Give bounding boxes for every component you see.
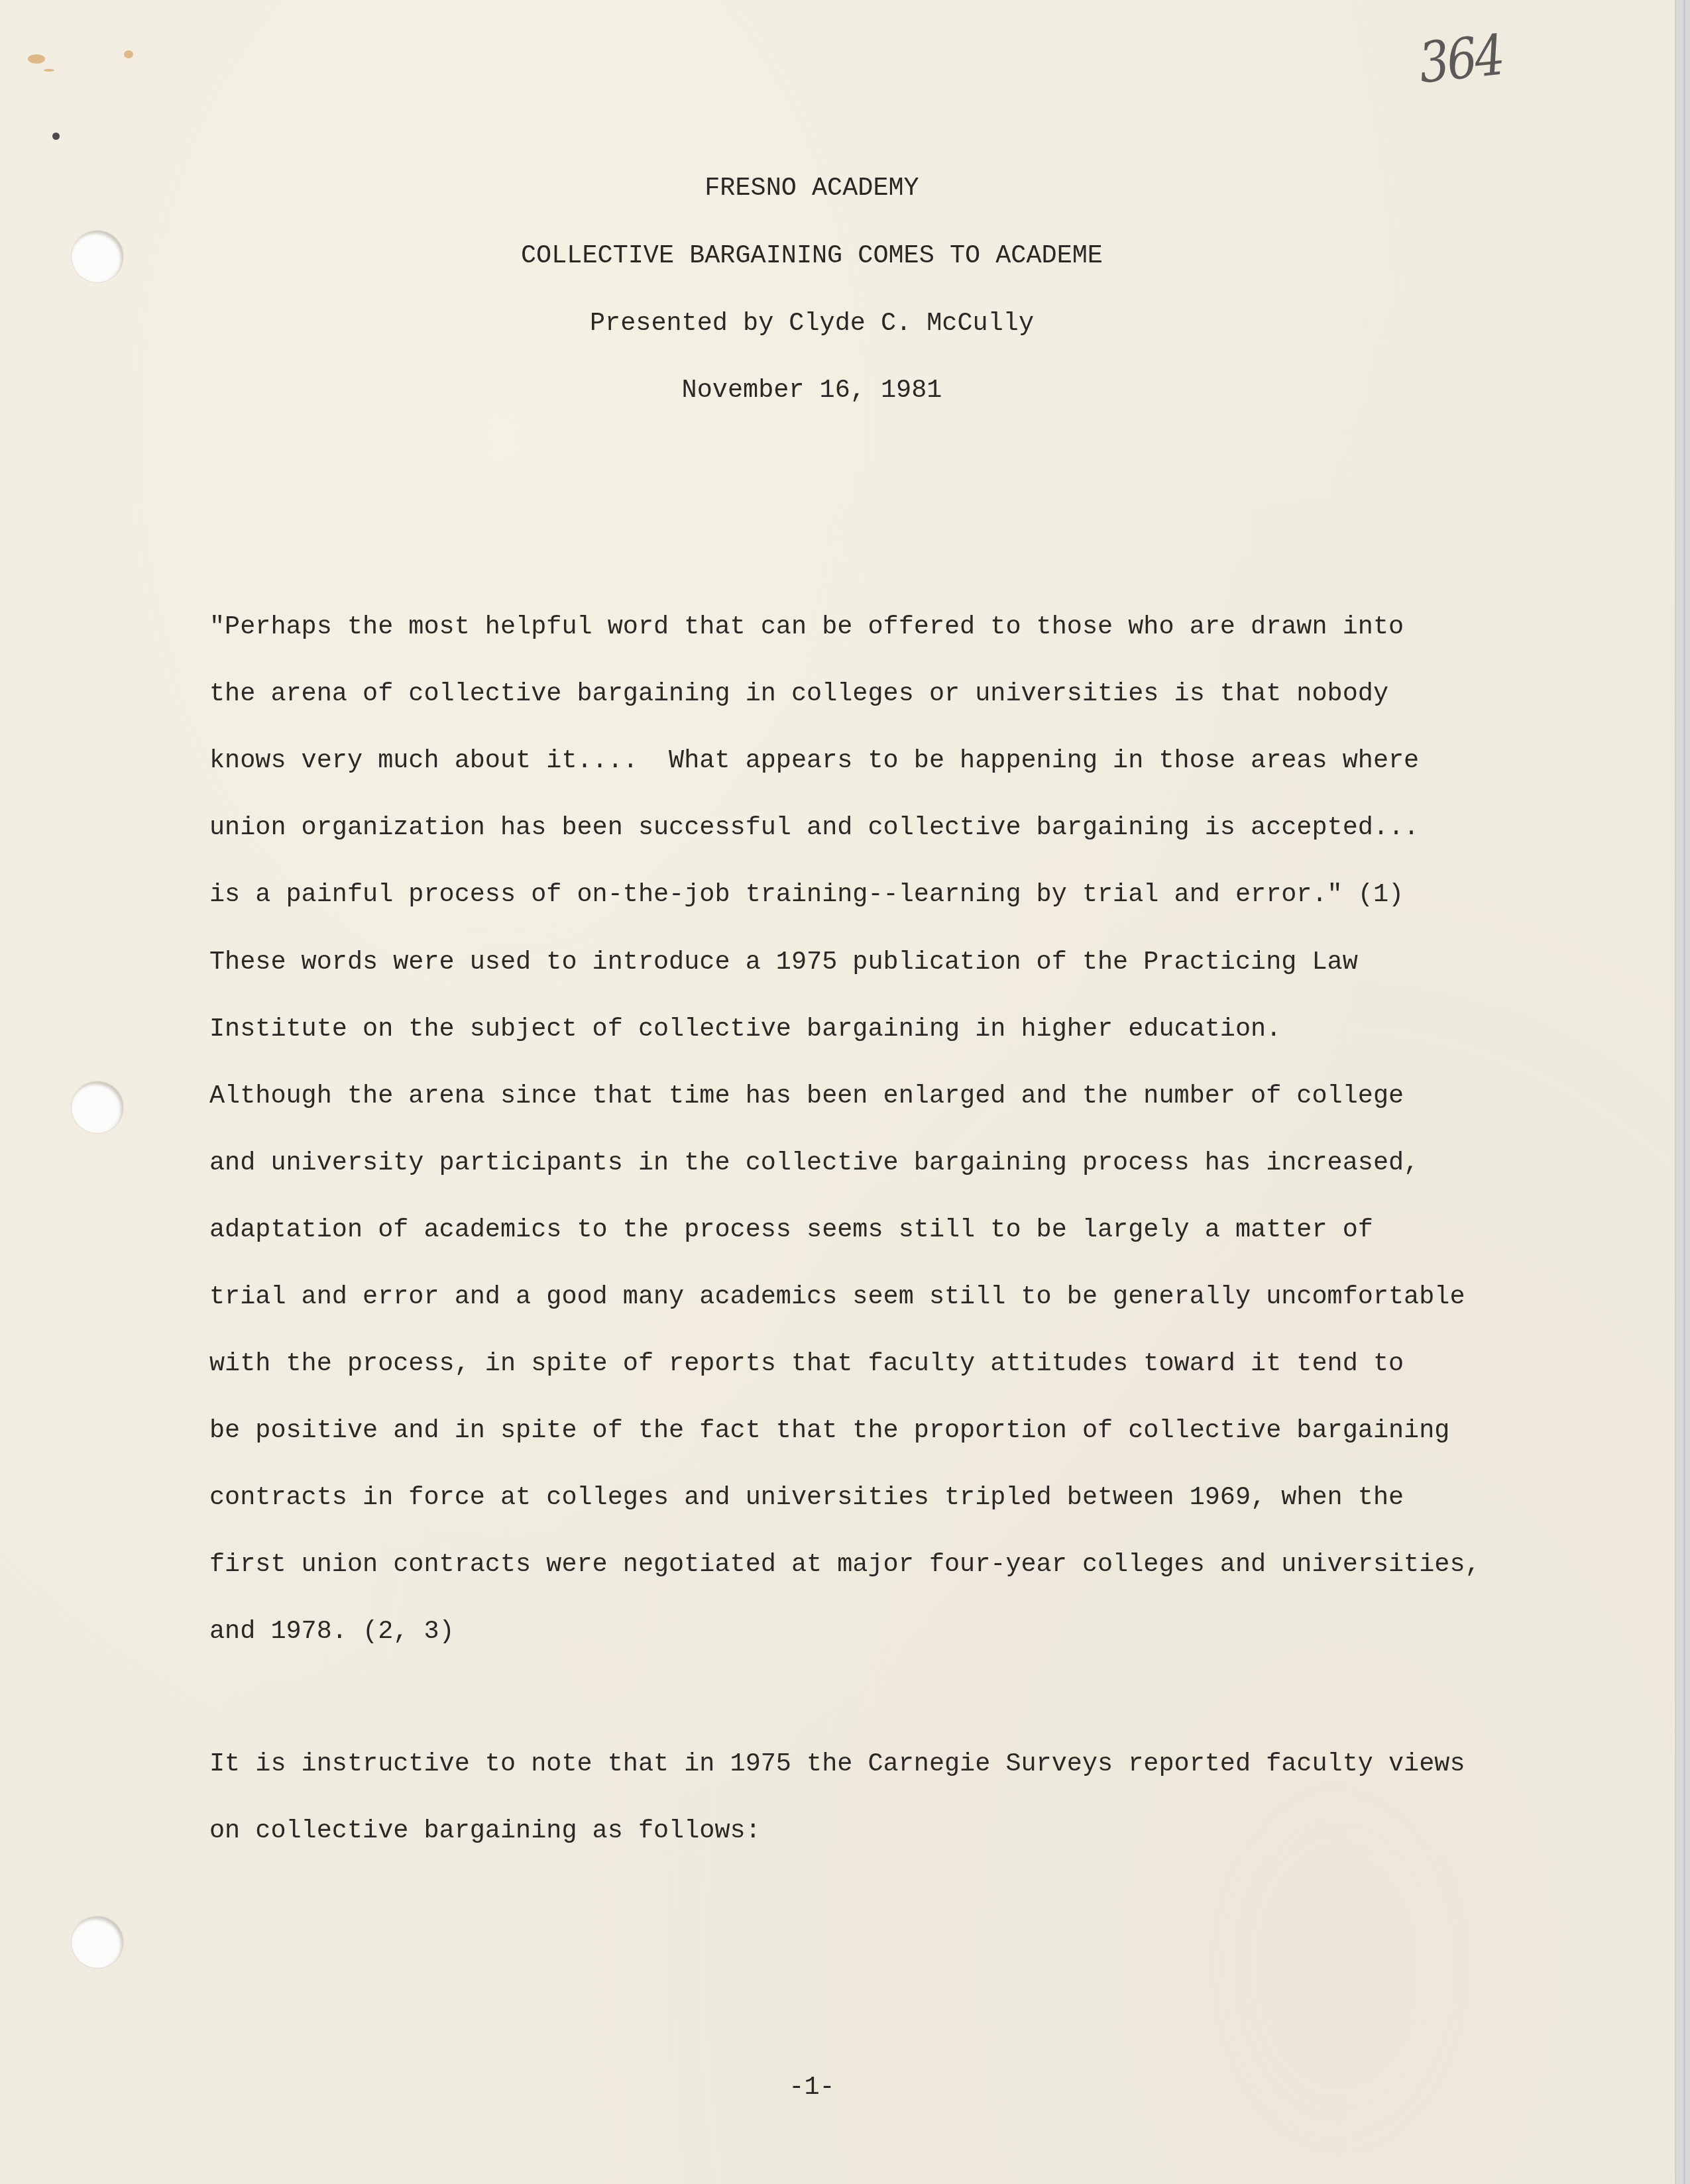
text-line: be positive and in spite of the fact tha… [209,1416,1449,1445]
rust-stain [44,69,54,72]
text-line: first union contracts were negotiated at… [209,1550,1481,1579]
presenter-line: Presented by Clyde C. McCully [0,309,1624,338]
text-line: Although the arena since that time has b… [209,1081,1404,1111]
text-line: and university participants in the colle… [209,1148,1419,1177]
hole-punch-middle [72,1081,123,1133]
handwritten-page-number: 364 [1416,23,1506,96]
ink-speck [52,133,60,140]
text-line: the arena of collective bargaining in co… [209,679,1388,708]
text-line: and 1978. (2, 3) [209,1617,455,1646]
scan-edge [1675,0,1690,2184]
text-line: is a painful process of on-the-job train… [209,880,1404,909]
text-line: trial and error and a good many academic… [209,1282,1465,1311]
text-line: knows very much about it.... What appear… [209,746,1419,775]
text-line: on collective bargaining as follows: [209,1816,761,1845]
text-line: contracts in force at colleges and unive… [209,1483,1404,1512]
date-line: November 16, 1981 [0,376,1624,405]
document-page: 364 FRESNO ACADEMY COLLECTIVE BARGAINING… [0,0,1675,2184]
text-line: Institute on the subject of collective b… [209,1014,1281,1044]
text-line: union organization has been successful a… [209,813,1419,842]
text-line: These words were used to introduce a 197… [209,948,1358,977]
text-line: with the process, in spite of reports th… [209,1349,1404,1378]
rust-stain [28,54,45,64]
text-line: It is instructive to note that in 1975 t… [209,1749,1465,1778]
text-line: "Perhaps the most helpful word that can … [209,612,1404,641]
hole-punch-bottom [72,1916,123,1968]
organization-heading: FRESNO ACADEMY [0,174,1624,203]
scan-edge-line [1683,0,1685,2184]
document-title: COLLECTIVE BARGAINING COMES TO ACADEME [0,241,1624,270]
text-line: adaptation of academics to the process s… [209,1215,1373,1244]
rust-stain [124,50,133,58]
page-number: -1- [0,2073,1624,2102]
